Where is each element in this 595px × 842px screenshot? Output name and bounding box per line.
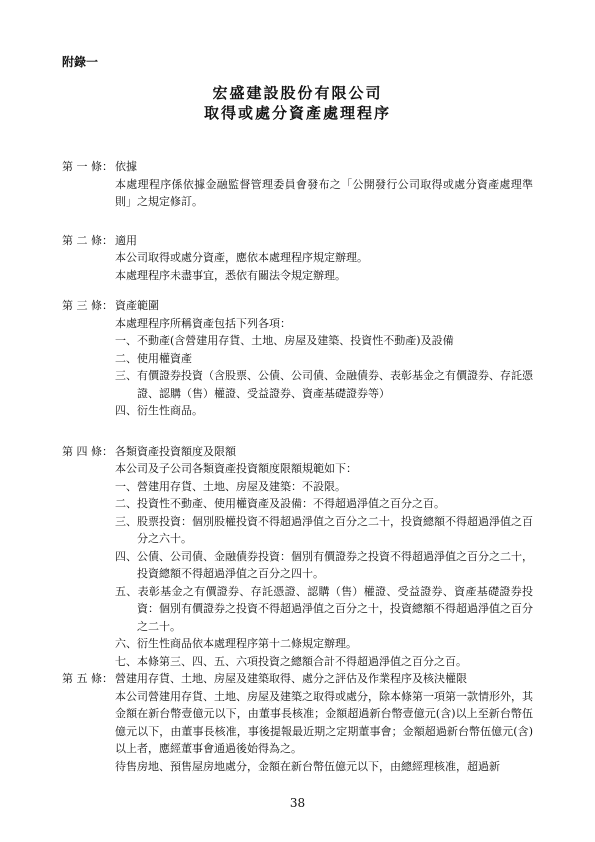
list-item: 三、股票投資：個別股權投資不得超過淨值之百分之二十，投資總額不得超過淨值之百分之… (115, 513, 533, 548)
paragraph: 待售房地、預售屋房地處分，金額在新台幣伍億元以下，由總經理核准，超過新 (115, 758, 533, 776)
paragraph: 本公司營建用存貨、土地、房屋及建築之取得或處分，除本條第一項第一款情形外，其金額… (115, 688, 533, 758)
paragraph: 本公司取得或處分資產，應依本處理程序規定辦理。 (115, 249, 533, 267)
article-5-heading: 第 五 條： 營建用存貨、土地、房屋及建築取得、處分之評估及作業程序及核決權限 (62, 670, 533, 688)
article-2-body: 本公司取得或處分資產，應依本處理程序規定辦理。 本處理程序未盡事宜，悉依有關法令… (115, 249, 533, 284)
list-item: 三、有價證券投資（含股票、公債、公司債、金融債券、表彰基金之有價證券、存託憑證、… (115, 367, 533, 402)
article-4-heading: 第 四 條： 各類資產投資額度及限額 (62, 443, 533, 461)
article-2-number: 第 二 條： (62, 232, 115, 250)
list-item: 四、衍生性商品。 (115, 402, 533, 420)
article-4-title: 各類資產投資額度及限額 (115, 443, 533, 461)
article-5-title: 營建用存貨、土地、房屋及建築取得、處分之評估及作業程序及核決權限 (115, 670, 533, 688)
article-1-heading: 第 一 條： 依據 (62, 158, 533, 176)
list-item: 二、投資性不動產、使用權資產及設備：不得超過淨值之百分之百。 (115, 495, 533, 513)
article-3-body: 本處理程序所稱資產包括下列各項： 一、不動產(含營建用存貨、土地、房屋及建築、投… (115, 315, 533, 420)
company-name-title: 宏盛建設股份有限公司 (62, 83, 533, 103)
list-item: 五、表彰基金之有價證券、存託憑證、認購（售）權證、受益證券、資產基礎證券投資：個… (115, 583, 533, 636)
article-3: 第 三 條： 資產範圍 本處理程序所稱資產包括下列各項： 一、不動產(含營建用存… (62, 297, 533, 420)
appendix-label: 附錄一 (62, 54, 533, 70)
paragraph: 本公司及子公司各類資產投資額度限額規範如下： (115, 460, 533, 478)
article-3-number: 第 三 條： (62, 297, 115, 315)
article-2-title: 適用 (115, 232, 533, 250)
article-4-body: 本公司及子公司各類資產投資額度限額規範如下： 一、營建用存貨、土地、房屋及建築：… (115, 460, 533, 670)
article-1-body: 本處理程序係依據金融監督管理委員會發布之「公開發行公司取得或處分資產處理準則」之… (115, 176, 533, 211)
article-3-heading: 第 三 條： 資產範圍 (62, 297, 533, 315)
list-item: 四、公債、公司債、金融債券投資：個別有價證券之投資不得超過淨值之百分之二十，投資… (115, 548, 533, 583)
article-3-title: 資產範圍 (115, 297, 533, 315)
list-item: 一、營建用存貨、土地、房屋及建築：不設限。 (115, 478, 533, 496)
paragraph: 本處理程序所稱資產包括下列各項： (115, 315, 533, 333)
article-1-number: 第 一 條： (62, 158, 115, 176)
article-5-body: 本公司營建用存貨、土地、房屋及建築之取得或處分，除本條第一項第一款情形外，其金額… (115, 688, 533, 776)
article-2-heading: 第 二 條： 適用 (62, 232, 533, 250)
article-1-title: 依據 (115, 158, 533, 176)
article-4: 第 四 條： 各類資產投資額度及限額 本公司及子公司各類資產投資額度限額規範如下… (62, 443, 533, 671)
list-item: 七、本條第三、四、五、六項投資之總額合計不得超過淨值之百分之百。 (115, 653, 533, 671)
list-item: 一、不動產(含營建用存貨、土地、房屋及建築、投資性不動產)及設備 (115, 332, 533, 350)
article-5-number: 第 五 條： (62, 670, 115, 688)
list-item: 六、衍生性商品依本處理程序第十二條規定辦理。 (115, 635, 533, 653)
document-page: 附錄一 宏盛建設股份有限公司 取得或處分資產處理程序 第 一 條： 依據 本處理… (0, 0, 595, 842)
article-4-number: 第 四 條： (62, 443, 115, 461)
document-title: 取得或處分資產處理程序 (62, 103, 533, 123)
article-5: 第 五 條： 營建用存貨、土地、房屋及建築取得、處分之評估及作業程序及核決權限 … (62, 670, 533, 775)
list-item: 二、使用權資產 (115, 350, 533, 368)
paragraph: 本處理程序係依據金融監督管理委員會發布之「公開發行公司取得或處分資產處理準則」之… (115, 176, 533, 211)
document-body: 第 一 條： 依據 本處理程序係依據金融監督管理委員會發布之「公開發行公司取得或… (62, 158, 533, 775)
paragraph: 本處理程序未盡事宜，悉依有關法令規定辦理。 (115, 267, 533, 285)
article-1: 第 一 條： 依據 本處理程序係依據金融監督管理委員會發布之「公開發行公司取得或… (62, 158, 533, 211)
article-2: 第 二 條： 適用 本公司取得或處分資產，應依本處理程序規定辦理。 本處理程序未… (62, 232, 533, 285)
page-number: 38 (0, 796, 595, 811)
